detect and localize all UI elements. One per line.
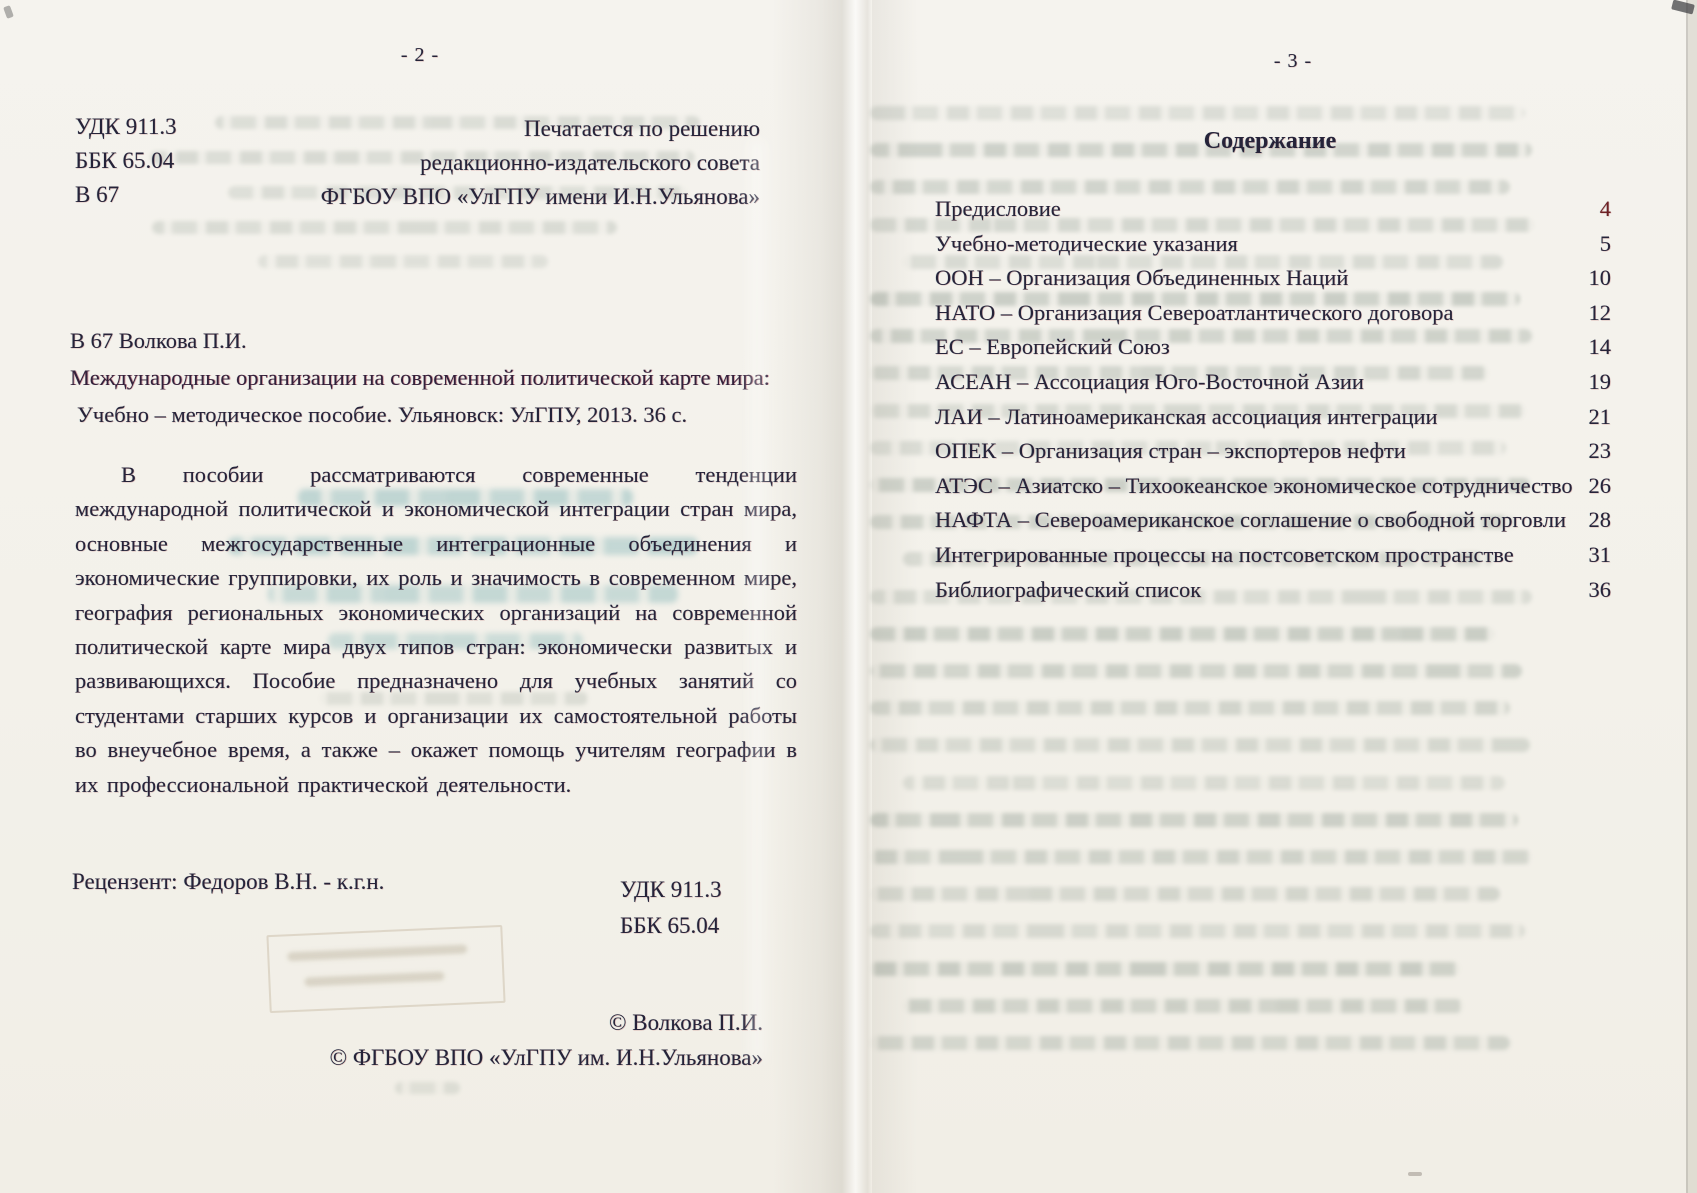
bleedthrough-line <box>870 664 1522 678</box>
publication-approval: Печатается по решению редакционно-издате… <box>320 112 760 214</box>
catalog-author-line: В 67 Волкова П.И. <box>70 322 770 359</box>
toc-entry-label: Предисловие <box>935 192 1061 227</box>
author-sign-code: В 67 <box>75 178 177 212</box>
toc-entry-page: 12 <box>1575 296 1611 331</box>
bleedthrough-line <box>903 999 1463 1013</box>
toc-entry-page: 21 <box>1575 400 1611 435</box>
copyright-author: © Волкова П.И. <box>280 1005 763 1040</box>
copyright-block: © Волкова П.И. © ФГБОУ ВПО «УлГПУ им. И.… <box>280 1005 763 1075</box>
table-of-contents: Предисловие4 Учебно-методические указани… <box>935 192 1611 607</box>
bbk-code: ББК 65.04 <box>75 144 177 178</box>
page-number: - 3 - <box>893 50 1693 73</box>
toc-entry-page: 36 <box>1575 573 1611 608</box>
copyright-publisher: © ФГБОУ ВПО «УлГПУ им. И.Н.Ульянова» <box>280 1040 763 1075</box>
bleedthrough-line <box>870 813 1518 827</box>
toc-entry-page: 23 <box>1575 434 1611 469</box>
annotation-paragraph: В пособии рассматриваются современные те… <box>75 458 797 802</box>
catalog-entry: В 67 Волкова П.И. Международные организа… <box>70 322 770 433</box>
toc-entry: АТЭС – Азиатско – Тихоокеанское экономич… <box>935 469 1611 504</box>
page-3: - 3 - Содержание Предисловие4 Учебно-мет… <box>857 0 1697 1193</box>
approval-line: редакционно-издательского совета <box>320 146 760 180</box>
reviewer-line: Рецензент: Федоров В.Н. - к.г.н. <box>72 869 384 895</box>
scan-artifact <box>1408 1172 1422 1176</box>
bleedthrough-line <box>258 255 548 268</box>
bleedthrough-line <box>870 924 1525 938</box>
bleedthrough-line <box>870 1036 1510 1050</box>
library-stamp <box>266 925 505 1013</box>
bbk-code: ББК 65.04 <box>620 908 722 944</box>
toc-entry-label: Учебно-методические указания <box>935 227 1238 262</box>
stamp-mark <box>287 944 467 961</box>
book-subtitle: Учебно – методическое пособие. Ульяновск… <box>77 396 770 433</box>
approval-line: Печатается по решению <box>320 112 760 146</box>
toc-entry-page: 4 <box>1575 192 1611 227</box>
udc-code: УДК 911.3 <box>620 872 722 908</box>
classification-codes-bottom: УДК 911.3 ББК 65.04 <box>620 872 722 944</box>
toc-entry-label: АСЕАН – Ассоциация Юго-Восточной Азии <box>935 365 1364 400</box>
bleedthrough-line <box>870 701 1510 715</box>
toc-entry-label: ООН – Организация Объединенных Наций <box>935 261 1348 296</box>
toc-entry: ЛАИ – Латиноамериканская ассоциация инте… <box>935 400 1611 435</box>
toc-entry-label: НАТО – Организация Североатлантического … <box>935 296 1454 331</box>
toc-entry: ЕС – Европейский Союз14 <box>935 330 1611 365</box>
toc-entry-label: ОПЕК – Организация стран – экспортеров н… <box>935 434 1406 469</box>
toc-entry-label: Библиографический список <box>935 573 1201 608</box>
toc-entry: Библиографический список36 <box>935 573 1611 608</box>
toc-entry-page: 14 <box>1575 330 1611 365</box>
toc-entry: НАТО – Организация Североатлантического … <box>935 296 1611 331</box>
book-title: Международные организации на современной… <box>70 359 770 396</box>
toc-entry: ОПЕК – Организация стран – экспортеров н… <box>935 434 1611 469</box>
bleedthrough-line <box>870 887 1500 901</box>
book-scan: - 2 - УДК 911.3 ББК 65.04 В 67 Печатаетс… <box>0 0 1697 1193</box>
page-number: - 2 - <box>0 44 840 67</box>
toc-entry: НАФТА – Североамериканское соглашение о … <box>935 503 1611 538</box>
toc-entry: Предисловие4 <box>935 192 1611 227</box>
stamp-mark <box>304 971 444 986</box>
toc-entry-label: Интегрированные процессы на постсоветско… <box>935 538 1514 573</box>
toc-entry-page: 5 <box>1575 227 1611 262</box>
toc-entry-page: 19 <box>1575 365 1611 400</box>
toc-entry: Интегрированные процессы на постсоветско… <box>935 538 1611 573</box>
page-2: - 2 - УДК 911.3 ББК 65.04 В 67 Печатаетс… <box>0 0 840 1193</box>
toc-entry-page: 10 <box>1575 261 1611 296</box>
toc-entry-label: ЕС – Европейский Союз <box>935 330 1170 365</box>
toc-entry: ООН – Организация Объединенных Наций10 <box>935 261 1611 296</box>
toc-entry-label: ЛАИ – Латиноамериканская ассоциация инте… <box>935 400 1438 435</box>
toc-entry: Учебно-методические указания5 <box>935 227 1611 262</box>
toc-entry-page: 26 <box>1575 469 1611 504</box>
classification-codes-top: УДК 911.3 ББК 65.04 В 67 <box>75 110 177 212</box>
approval-line: ФГБОУ ВПО «УлГПУ имени И.Н.Ульянова» <box>320 180 760 214</box>
udc-code: УДК 911.3 <box>75 110 177 144</box>
bleedthrough-line <box>870 962 1460 976</box>
bleedthrough-line <box>870 106 1525 120</box>
bleedthrough-line <box>152 221 617 234</box>
toc-entry: АСЕАН – Ассоциация Юго-Восточной Азии19 <box>935 365 1611 400</box>
bleedthrough-line <box>903 776 1505 790</box>
toc-entry-label: НАФТА – Североамериканское соглашение о … <box>935 503 1566 538</box>
bleedthrough-line <box>395 1082 460 1094</box>
bleedthrough-line <box>870 738 1530 752</box>
toc-entry-label: АТЭС – Азиатско – Тихоокеанское экономич… <box>935 469 1573 504</box>
toc-heading: Содержание <box>870 128 1670 155</box>
bleedthrough-line <box>870 627 1495 641</box>
toc-entry-page: 31 <box>1575 538 1611 573</box>
bleedthrough-line <box>870 850 1532 864</box>
toc-entry-page: 28 <box>1575 503 1611 538</box>
